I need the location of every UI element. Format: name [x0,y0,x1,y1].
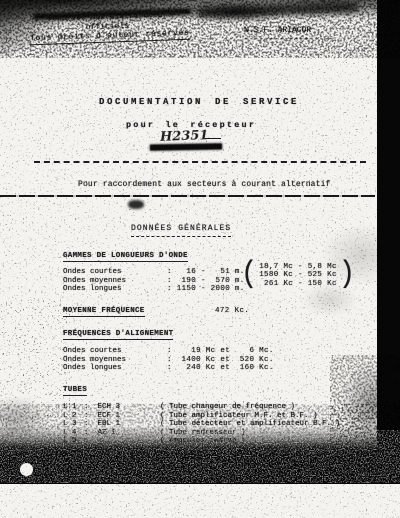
if-heading: MOYENNE FRÉQUENCE [63,307,145,317]
tube-description: ( Tube changeur de fréquence ) [160,403,295,411]
alignment-band-label: Ondes longues [63,364,167,372]
wave-band-range: : 16 - 51 m. [167,268,245,276]
tubes-heading: TUBES [63,386,87,396]
scanned-document-page: réservée aux distributeurs officiels Tou… [0,0,400,518]
section-heading-general: DONNÉES GÉNÉRALES [131,224,231,237]
divider-dashed [34,161,366,163]
handwritten-stroke [205,138,221,139]
tube-row: L 2 : ECF 1 ( Tube amplificateur M.F. et… [63,412,383,420]
wave-band-label: Ondes longues [63,285,167,293]
scan-black-edge [377,0,400,484]
wave-band-frequency: 1580 Kc - 525 Kc [259,271,337,279]
section-if: MOYENNE FRÉQUENCE 472 Kc. [63,307,363,319]
close-paren: ) [339,262,355,290]
stamp-line-rights: Tous droits d'auteur réservés [30,29,190,46]
wave-band-frequency: 261 Kc - 150 Kc [259,280,337,288]
scan-dark-band [0,426,400,484]
alignment-band-label: Ondes moyennes [63,356,167,364]
tube-id: L 1 [63,403,84,411]
publisher-stamp: réservée aux distributeurs officiels Tou… [29,9,220,58]
alignment-row: Ondes moyennes : 1400 Kc et 520 Kc. [63,356,373,364]
brand-mark: N.S.F. ARIACOR ------------------ [244,26,334,44]
tube-description: ( Tube amplificateur M.F. et B.F. ) [160,412,318,420]
section-wave-ranges: GAMMES DE LONGUEURS D'ONDE Ondes courtes… [63,252,373,294]
wave-band-label: Ondes courtes [63,268,167,276]
alignment-band-value: : 1400 Kc et 520 Kc. [167,356,274,364]
brand-name: N.S.F. ARIACOR [244,26,334,35]
tube-row: L 1 : ECH 3 ( Tube changeur de fréquence… [63,403,383,411]
alignment-band-label: Ondes courtes [63,347,167,355]
punch-hole [20,463,33,476]
section-alignment: FRÉQUENCES D'ALIGNEMENT Ondes courtes : … [63,330,373,373]
alignment-row: Ondes longues : 240 Kc et 160 Kc. [63,364,373,372]
tube-type: : ECF 1 [84,412,141,420]
wave-band-range: : 1150 - 2000 m. [167,285,245,293]
wave-band-label: Ondes moyennes [63,277,167,285]
alignment-row: Ondes courtes : 19 Mc et 6 Mc. [63,347,373,355]
frequency-group: ( 18,7 Mc - 5,8 Mc 1580 Kc - 525 Kc 261 … [241,263,355,288]
redaction-bar [150,143,222,150]
document-title: DOCUMENTATION DE SERVICE [99,97,299,107]
brand-underline: ------------------ [244,35,334,44]
divider-long-dash [0,195,375,197]
alignment-band-value: : 240 Kc et 160 Kc. [167,364,274,372]
alignment-band-value: : 19 Mc et 6 Mc. [167,347,274,355]
power-supply-note: Pour raccordement aux secteurs à courant… [78,180,331,189]
wave-ranges-heading: GAMMES DE LONGUEURS D'ONDE [63,252,188,262]
if-value: 472 Kc. [215,307,249,315]
tube-type: : ECH 3 [84,403,141,411]
open-paren: ( [241,262,257,290]
alignment-heading: FRÉQUENCES D'ALIGNEMENT [63,330,173,340]
tube-id: L 2 [63,412,84,420]
model-number-handwritten: H2351 [160,128,209,145]
ink-smudge [128,200,144,209]
wave-band-range: : 190 - 570 m. [167,277,245,285]
